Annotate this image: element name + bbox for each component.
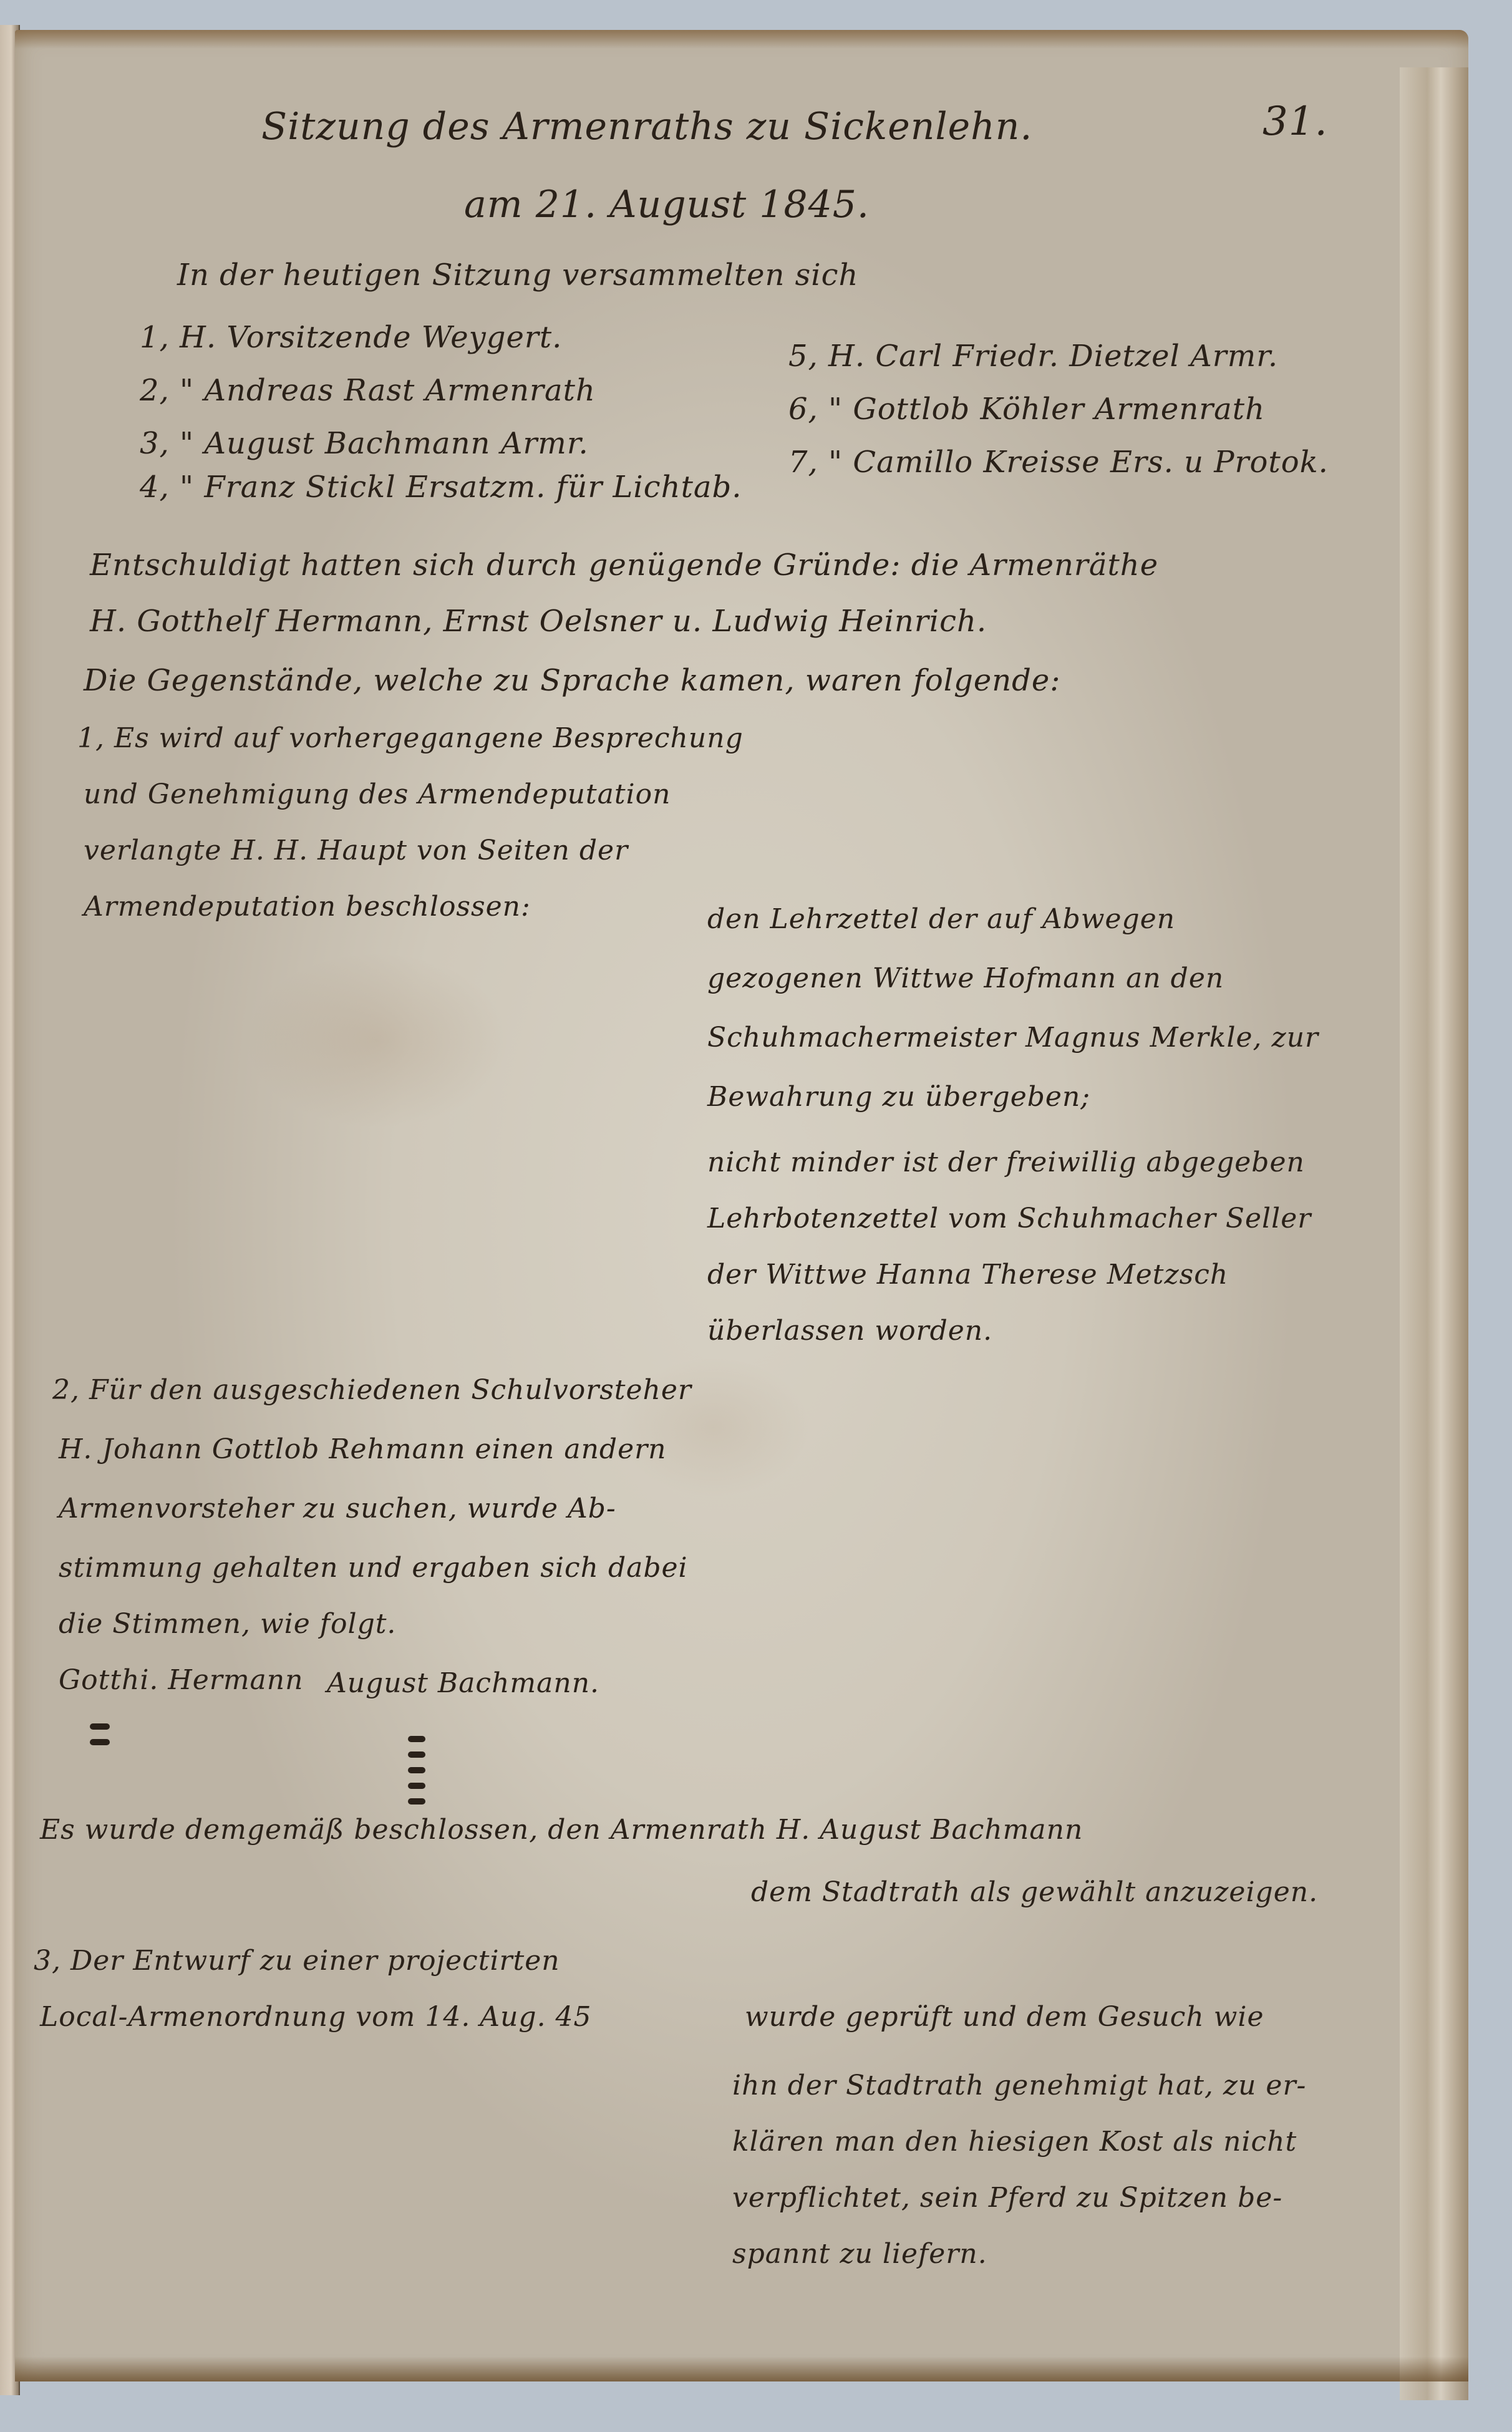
item1-right-line-7: der Wittwe Hanna Therese Metzsch [707, 1259, 1228, 1291]
absent-note-line-2: H. Gotthelf Hermann, Ernst Oelsner u. Lu… [90, 604, 987, 639]
attendee-6: 6, " Gottlob Köhler Armenrath [788, 392, 1265, 427]
title-line-1: Sitzung des Armenraths zu Sickenlehn. [261, 105, 1032, 148]
resolution-line-2: dem Stadtrath als gewählt anzuzeigen. [751, 1876, 1318, 1908]
item3-right-line-3: klären man den hiesigen Kost als nicht [732, 2126, 1297, 2158]
item3-right-line-4: verpflichtet, sein Pferd zu Spitzen be- [732, 2182, 1282, 2214]
item1-right-line-3: Schuhmachermeister Magnus Merkle, zur [707, 1022, 1319, 1054]
attendee-4: 4, " Franz Stickl Ersatzm. für Lichtab. [140, 470, 742, 505]
item2-line-2: H. Johann Gottlob Rehmann einen andern [59, 1433, 667, 1465]
title-line-2: am 21. August 1845. [464, 183, 870, 226]
item1-right-line-6: Lehrbotenzettel vom Schuhmacher Seller [707, 1203, 1311, 1234]
item3-left-line-1: 3, Der Entwurf zu einer projectirten [34, 1945, 560, 1977]
item3-right-line-1: wurde geprüft und dem Gesuch wie [745, 2001, 1264, 2033]
attendee-7: 7, " Camillo Kreisse Ers. u Protok. [788, 445, 1329, 480]
item1-right-line-5: nicht minder ist der freiwillig abgegebe… [707, 1146, 1305, 1178]
item1-right-line-1: den Lehrzettel der auf Abwegen [707, 903, 1175, 935]
vote-name-2: August Bachmann. [327, 1667, 599, 1699]
vote-name-1: Gotthi. Hermann [59, 1664, 303, 1696]
item1-left-line-4: Armendeputation beschlossen: [84, 891, 531, 923]
absent-note-line-3: Die Gegenstände, welche zu Sprache kamen… [84, 663, 1060, 698]
item3-right-line-2: ihn der Stadtrath genehmigt hat, zu er- [732, 2070, 1306, 2101]
item2-line-1: 2, Für den ausgeschiedenen Schulvorstehe… [52, 1374, 692, 1406]
attendee-1: 1, H. Vorsitzende Weygert. [140, 320, 562, 355]
attendee-2: 2, " Andreas Rast Armenrath [140, 373, 596, 408]
attendee-3: 3, " August Bachmann Armr. [140, 426, 589, 461]
item2-line-3: Armenvorsteher zu suchen, wurde Ab- [59, 1493, 616, 1524]
item1-right-line-2: gezogenen Wittwe Hofmann an den [707, 962, 1224, 994]
page-fore-edge [1400, 67, 1468, 2400]
item3-right-line-5: spannt zu liefern. [732, 2238, 987, 2270]
resolution-line-1: Es wurde demgemäß beschlossen, den Armen… [40, 1814, 1083, 1846]
item1-right-line-4: Bewahrung zu übergeben; [707, 1081, 1090, 1113]
manuscript-page: Sitzung des Armenraths zu Sickenlehn. 31… [15, 30, 1468, 2381]
item1-right-line-8: überlassen worden. [707, 1315, 992, 1347]
item2-line-4: stimmung gehalten und ergaben sich dabei [59, 1552, 688, 1584]
item2-line-5: die Stimmen, wie folgt. [59, 1608, 396, 1640]
folio-number: 31. [1262, 99, 1328, 145]
attendee-5: 5, H. Carl Friedr. Dietzel Armr. [788, 339, 1278, 374]
item1-left-line-3: verlangte H. H. Haupt von Seiten der [84, 835, 628, 866]
intro-line: In der heutigen Sitzung versammelten sic… [177, 258, 858, 293]
item1-left-line-1: 1, Es wird auf vorhergegangene Besprechu… [77, 722, 744, 754]
item3-left-line-2: Local-Armenordnung vom 14. Aug. 45 [40, 2001, 592, 2033]
item1-left-line-2: und Genehmigung des Armendeputation [84, 778, 671, 810]
absent-note-line-1: Entschuldigt hatten sich durch genügende… [90, 548, 1158, 583]
